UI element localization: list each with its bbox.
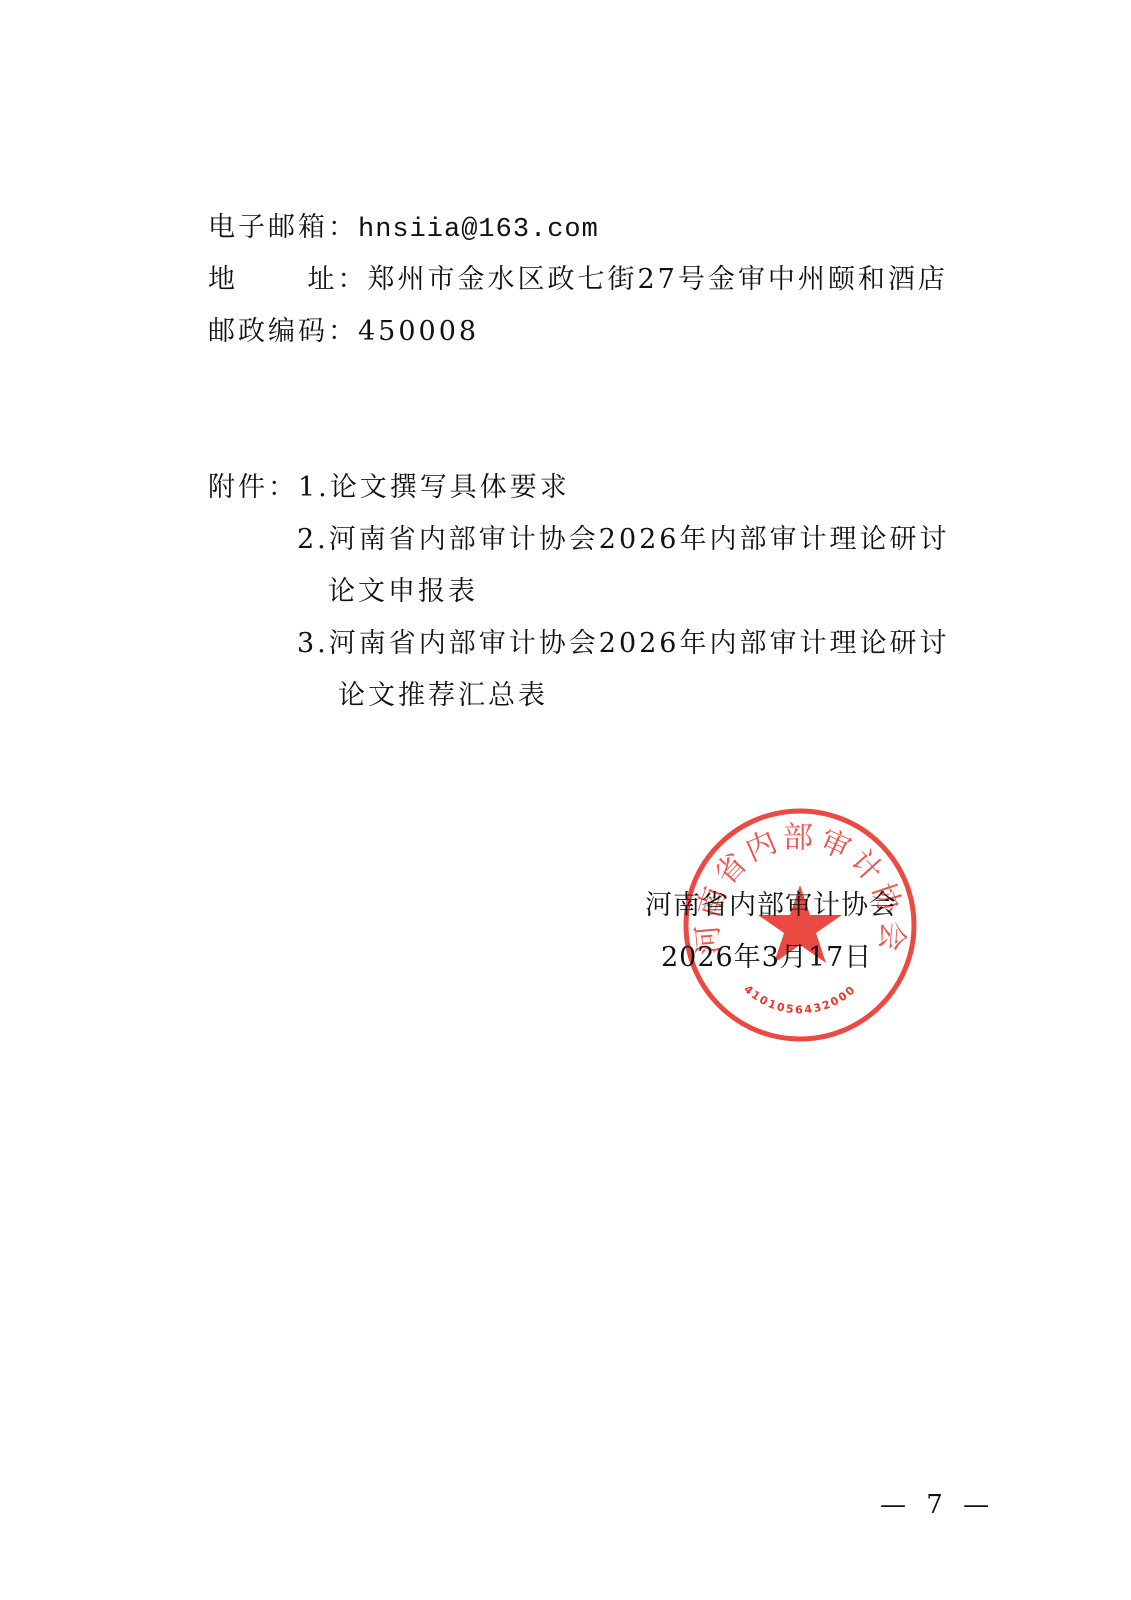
email-value: hnsiia@163.com (358, 215, 599, 245)
attachment-row-1: 附件：1.论文撰写具体要求 (208, 470, 570, 506)
svg-text:4101056432000: 4101056432000 (741, 983, 858, 1017)
address-value: 郑州市金水区政七街27号金审中州颐和酒店 (368, 264, 948, 295)
signature-organization: 河南省内部审计协会 (645, 888, 897, 924)
attachment-item-2-line1: 2.河南省内部审计协会2026年内部审计理论研讨 (297, 522, 949, 558)
postcode-label: 邮政编码： (208, 316, 358, 347)
address-row: 地 址：郑州市金水区政七街27号金审中州颐和酒店 (208, 262, 948, 298)
signature-date: 2026年3月17日 (661, 940, 872, 976)
email-label: 电子邮箱： (208, 212, 358, 243)
attachment-item-1: 1.论文撰写具体要求 (298, 472, 570, 503)
attachment-item-2-line2: 论文申报表 (328, 574, 478, 610)
attachment-item-3-line1: 3.河南省内部审计协会2026年内部审计理论研讨 (297, 626, 949, 662)
page-number: — 7 — (880, 1490, 995, 1520)
postcode-value: 450008 (358, 316, 479, 347)
attachment-item-3-line2: 论文推荐汇总表 (338, 678, 548, 714)
attachments-label: 附件： (208, 472, 298, 503)
address-label: 地 址： (208, 264, 368, 295)
postcode-row: 邮政编码：450008 (208, 314, 479, 350)
email-row: 电子邮箱：hnsiia@163.com (208, 210, 599, 248)
official-seal-icon: 河南省内部审计协会 4101056432000 (680, 805, 920, 1045)
